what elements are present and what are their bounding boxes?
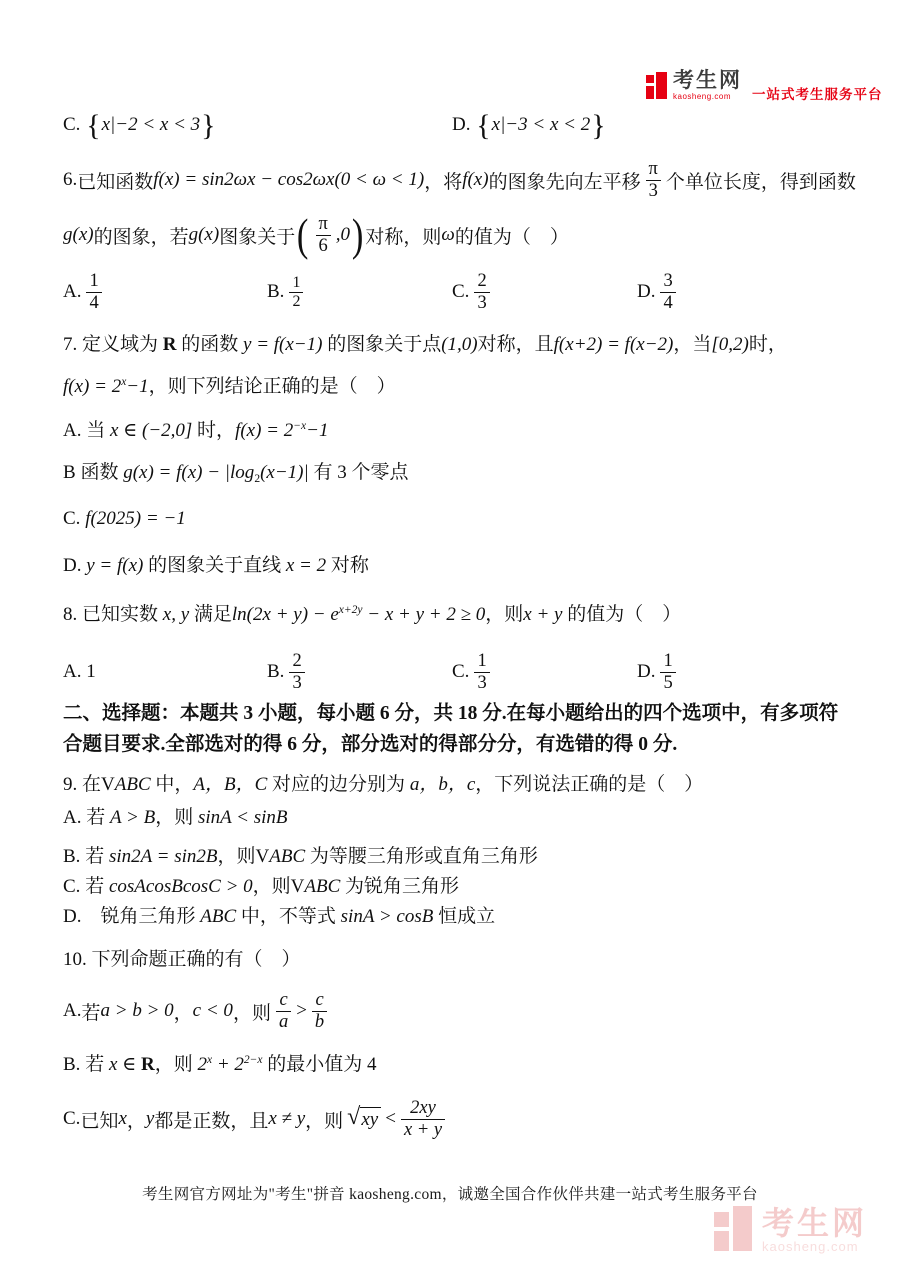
fraction: 1 4: [86, 271, 101, 313]
math-run: 2: [197, 1054, 207, 1075]
math-run: (1,0): [441, 334, 477, 355]
fraction-numerator: c: [277, 990, 289, 1010]
math-run: y = f(x−1): [243, 334, 322, 355]
math-run: A > B: [110, 807, 155, 828]
fraction-numerator: c: [313, 990, 325, 1010]
math-run: f(x) = 2: [235, 420, 293, 441]
q6-option-b: B. 1 2: [267, 266, 308, 318]
text-run: 若: [81, 807, 110, 828]
q9-option-a: A. 若 A > B，则 sinA < sinB: [63, 803, 288, 833]
section-2-heading: 二、选择题：本题共 3 小题，每小题 6 分，共 18 分.在每小题给出的四个选…: [63, 698, 846, 760]
q9-option-d: D. 锐角三角形 ABC 中，不等式 sinA > cosB 恒成立: [63, 902, 495, 932]
text-run: 已知函数: [77, 167, 153, 194]
text-run: ，则: [485, 604, 523, 625]
text-run: 对称: [326, 555, 369, 576]
text-run: ，则: [253, 876, 291, 897]
fraction-denominator: b: [312, 1011, 327, 1032]
question-9-line: 9. 在VABC 中，A，B，C 对应的边分别为 a，b，c，下列说法正确的是（…: [63, 770, 703, 800]
text-run: 的函数: [177, 334, 244, 355]
fraction: π 3: [646, 159, 661, 201]
fraction: c a: [276, 990, 291, 1032]
option-label: A.: [63, 807, 81, 828]
right-paren: ): [352, 212, 363, 258]
math-run: − x + y + 2 ≥ 0: [363, 604, 486, 625]
math-run: a > b > 0: [101, 1000, 174, 1022]
q9-option-c: C. 若 cosAcosBcosC > 0，则VABC 为锐角三角形: [63, 872, 459, 902]
text-run: 当: [81, 420, 110, 441]
question-10-line: 10. 下列命题正确的有（ ）: [63, 945, 301, 975]
option-label: B: [63, 462, 76, 483]
question-6-line-1: 6. 已知函数 f(x) = sin2ωx − cos2ωx(0 < ω < 1…: [63, 150, 856, 210]
fraction: 1 5: [660, 651, 675, 693]
option-label: C.: [63, 114, 80, 136]
option-label: B.: [267, 281, 284, 303]
fraction-denominator: 3: [289, 672, 304, 693]
option-label: D.: [637, 661, 655, 683]
math-run: ABC: [115, 774, 151, 795]
question-number: 7.: [63, 334, 77, 355]
q10-option-b: B. 若 x ∈ R，则 2x + 22−x 的最小值为 4: [63, 1050, 377, 1082]
square-root: √ xy: [347, 1107, 381, 1131]
left-brace: {: [475, 111, 491, 141]
kaosheng-logo: 考生网 kaosheng.com 一站式考生服务平台: [646, 70, 883, 103]
text-run: 中，不等式: [236, 906, 341, 927]
logo-text-col: 考生网 kaosheng.com: [673, 70, 742, 101]
q6-option-d: D. 3 4: [637, 266, 681, 318]
fraction: 1 3: [474, 651, 489, 693]
text-run: ，则: [155, 807, 198, 828]
question-8-line: 8. 已知实数 x, y 满足ln(2x + y) − ex+2y − x + …: [63, 600, 681, 632]
superscript: x: [121, 376, 126, 388]
watermark-domain: kaosheng.com: [762, 1240, 867, 1254]
triangle-symbol: V: [291, 876, 305, 897]
fraction-numerator: π: [317, 214, 330, 234]
option-label: A.: [63, 420, 81, 441]
text-run: 若: [80, 876, 109, 897]
text-run: ，则: [233, 998, 271, 1025]
math-run: sinA < sinB: [198, 807, 288, 828]
radical-sign: √: [347, 1105, 360, 1129]
fraction-denominator: 6: [316, 235, 331, 256]
fraction-denominator: 5: [660, 672, 675, 693]
text-run: ，当: [673, 334, 711, 355]
logo-block: [646, 75, 654, 83]
text-run: 锐角三角形: [81, 906, 200, 927]
math-run: f(x) = sin2ωx − cos2ωx(0 < ω < 1): [153, 169, 424, 191]
question-7-line-1: 7. 定义域为 R 的函数 y = f(x−1) 的图象关于点(1,0)对称，且…: [63, 330, 787, 360]
q7-option-c: C. f(2025) = −1: [63, 504, 186, 534]
fraction: c b: [312, 990, 327, 1032]
option-label: D.: [637, 281, 655, 303]
fraction-numerator: 1: [290, 274, 302, 292]
fraction: π 6: [316, 214, 331, 256]
text-run: 已知实数: [77, 604, 163, 625]
logo-block: [646, 86, 654, 99]
text-run: 对称，且: [478, 334, 554, 355]
q8-option-c: C. 1 3: [452, 646, 495, 698]
watermark-block: [714, 1231, 729, 1251]
math-run: −1: [306, 420, 328, 441]
math-run: y: [146, 1108, 154, 1130]
fraction-numerator: 3: [661, 271, 674, 291]
math-run: x + y: [523, 604, 562, 625]
watermark-name: 考生网: [762, 1206, 867, 1240]
text-run: 对称，则: [365, 222, 441, 249]
text-run: ，则: [155, 1054, 198, 1075]
text-run: 的图象，若: [94, 222, 189, 249]
text-run: 下列命题正确的有（ ）: [87, 949, 301, 970]
text-run: 个单位长度，得到函数: [666, 167, 856, 194]
q8-option-d: D. 1 5: [637, 646, 681, 698]
math-run: g(x) = f(x) − |log: [123, 462, 254, 483]
option-label: D.: [63, 555, 81, 576]
text-run: 时，: [192, 420, 235, 441]
fraction-denominator: a: [276, 1011, 291, 1032]
q10-option-a: A. 若 a > b > 0 ， c < 0 ，则 c a > c b: [63, 983, 332, 1039]
math-run: [0,2): [711, 334, 748, 355]
math-run: g(x): [63, 224, 94, 246]
text-run: 对应的边分别为: [267, 774, 410, 795]
text-run: 已知: [80, 1106, 118, 1133]
text-run: 的值为（ ）: [562, 604, 681, 625]
math-run: x|−2 < x < 3: [102, 114, 201, 136]
fraction-numerator: 1: [87, 271, 100, 291]
math-run: ω: [441, 224, 454, 246]
q9-option-b: B. 若 sin2A = sin2B，则VABC 为等腰三角形或直角三角形: [63, 842, 538, 872]
fraction-numerator: 1: [661, 651, 674, 671]
logo-tagline: 一站式考生服务平台: [752, 83, 883, 103]
q6-option-a: A. 1 4: [63, 266, 107, 318]
text-run: 时，: [749, 334, 787, 355]
fraction: 2 3: [474, 271, 489, 313]
fraction: 2 3: [289, 651, 304, 693]
text-run: 的图象关于点: [322, 334, 441, 355]
math-run: ABC: [200, 906, 236, 927]
watermark-block: [733, 1206, 752, 1251]
math-run: + 2: [212, 1054, 244, 1075]
left-brace: {: [85, 111, 101, 141]
math-run: f(x) = 2: [63, 376, 121, 397]
math-run: −1: [126, 376, 148, 397]
exam-page: 考生网 kaosheng.com 一站式考生服务平台 C. { x|−2 < x…: [0, 0, 900, 1273]
fraction-denominator: 4: [660, 292, 675, 313]
subscript: 2: [254, 473, 260, 485]
kaosheng-watermark-icon: [714, 1206, 756, 1254]
math-run: A，B，C: [193, 774, 267, 795]
triangle-symbol: V: [101, 774, 115, 795]
math-run: c < 0: [193, 1000, 233, 1022]
q10-option-c: C. 已知 x ， y 都是正数，且 x ≠ y ，则 √ xy < 2xy x…: [63, 1088, 450, 1150]
superscript: 2−x: [244, 1054, 263, 1066]
text-run: 有 3 个零点: [309, 462, 409, 483]
superscript: x: [207, 1054, 212, 1066]
logo-domain: kaosheng.com: [673, 92, 742, 101]
question-number: 8.: [63, 604, 77, 625]
fraction-numerator: π: [647, 159, 660, 179]
math-run: x, y: [163, 604, 189, 625]
left-paren: (: [297, 212, 308, 258]
question-number: 10.: [63, 949, 87, 970]
kaosheng-watermark: 考生网 kaosheng.com: [714, 1206, 867, 1254]
text-run: 的图象关于直线: [143, 555, 286, 576]
text-run: 中，: [151, 774, 194, 795]
text-run: 都是正数，且: [154, 1106, 268, 1133]
text-run: 满足: [189, 604, 232, 625]
math-run: x ≠ y: [268, 1108, 305, 1130]
fraction: 3 4: [660, 271, 675, 313]
q5-option-d: D. { x|−3 < x < 2 }: [452, 106, 607, 144]
q8-option-b: B. 2 3: [267, 646, 310, 698]
option-label: C.: [452, 661, 469, 683]
math-run: ln(2x + y) − e: [232, 604, 339, 625]
question-7-line-2: f(x) = 2x−1，则下列结论正确的是（ ）: [63, 372, 396, 404]
fraction-numerator: 2: [475, 271, 488, 291]
option-label: B.: [63, 1054, 80, 1075]
kaosheng-logo-icon: [646, 72, 670, 102]
math-run: a，b，c: [410, 774, 475, 795]
math-run: y = f(x): [86, 555, 143, 576]
option-label: D.: [452, 114, 470, 136]
watermark-block: [714, 1212, 729, 1227]
option-label: C.: [63, 508, 80, 529]
math-run: f(2025) = −1: [85, 508, 186, 529]
q7-option-d: D. y = f(x) 的图象关于直线 x = 2 对称: [63, 551, 369, 581]
math-run: (x−1)|: [260, 462, 309, 483]
option-label: C.: [63, 876, 80, 897]
text-run: ，则: [305, 1106, 343, 1133]
option-label: B.: [63, 846, 80, 867]
right-brace: }: [590, 111, 606, 141]
math-run: cosAcosBcosC > 0: [109, 876, 253, 897]
math-run: f(x+2) = f(x−2): [554, 334, 674, 355]
option-label: A.: [63, 281, 81, 303]
text-run: 若: [81, 998, 100, 1025]
fraction-denominator: 3: [474, 292, 489, 313]
fraction-numerator: 2: [290, 651, 303, 671]
text-run: 的图象先向左平移: [489, 167, 641, 194]
text-run: 为锐角三角形: [340, 876, 459, 897]
q8-option-a: A. 1: [63, 646, 96, 698]
text-run: 在: [77, 774, 101, 795]
text-run: ，: [174, 998, 193, 1025]
option-label: A.: [63, 661, 81, 683]
math-run: R: [163, 334, 177, 355]
math-run: sinA > cosB: [341, 906, 434, 927]
fraction-numerator: 2xy: [408, 1098, 438, 1118]
relation-symbol: <: [385, 1108, 396, 1130]
text-run: ，则: [218, 846, 256, 867]
superscript: −x: [293, 420, 306, 432]
fraction-denominator: 3: [474, 672, 489, 693]
text-run: ，下列说法正确的是（ ）: [475, 774, 703, 795]
text-run: 函数: [76, 462, 124, 483]
math-run: sin2A = sin2B: [109, 846, 218, 867]
logo-name: 考生网: [673, 70, 742, 92]
option-label: B.: [267, 661, 284, 683]
relation-symbol: >: [296, 1000, 307, 1022]
text-run: 图象关于: [219, 222, 295, 249]
text-run: 若: [80, 1054, 109, 1075]
math-run: ,0: [336, 224, 350, 246]
option-value: 1: [86, 661, 96, 683]
option-label: C.: [452, 281, 469, 303]
option-label: C.: [63, 1108, 80, 1130]
question-number: 6.: [63, 169, 77, 191]
superscript: x+2y: [339, 604, 363, 616]
text-run: ，则下列结论正确的是（ ）: [149, 376, 396, 397]
option-label: A.: [63, 1000, 81, 1022]
fraction-denominator: x + y: [401, 1119, 445, 1140]
fraction-denominator: 4: [86, 292, 101, 313]
text-run: ，: [127, 1106, 146, 1133]
radicand: xy: [360, 1107, 381, 1131]
math-run: ABC: [269, 846, 305, 867]
text-run: 为等腰三角形或直角三角形: [305, 846, 538, 867]
text-run: 的值为（ ）: [455, 222, 569, 249]
math-run: x|−3 < x < 2: [492, 114, 591, 136]
math-run: x: [118, 1108, 126, 1130]
q5-option-c: C. { x|−2 < x < 3 }: [63, 106, 217, 144]
text-run: 的最小值为 4: [263, 1054, 377, 1075]
math-run: ABC: [304, 876, 340, 897]
text-run: ，将: [424, 167, 462, 194]
fraction: 2xy x + y: [401, 1098, 445, 1140]
fraction: 1 2: [289, 274, 303, 310]
footer-text: 考生网官方网址为"考生"拼音 kaosheng.com，诚邀全国合作伙伴共建一站…: [0, 1182, 900, 1204]
fraction-denominator: 2: [289, 292, 303, 311]
triangle-symbol: V: [256, 846, 270, 867]
q6-option-c: C. 2 3: [452, 266, 495, 318]
question-number: 9.: [63, 774, 77, 795]
text-run: 恒成立: [433, 906, 495, 927]
q7-option-a: A. 当 x ∈ (−2,0] 时，f(x) = 2−x−1: [63, 416, 328, 448]
question-6-line-2: g(x) 的图象，若 g(x) 图象关于 ( π 6 ,0 ) 对称，则 ω 的…: [63, 203, 569, 267]
logo-block: [656, 72, 667, 99]
fraction-numerator: 1: [475, 651, 488, 671]
math-run: R: [141, 1054, 155, 1075]
text-run: 定义域为: [77, 334, 163, 355]
math-run: x ∈ (−2,0]: [110, 420, 192, 441]
q7-option-b: B 函数 g(x) = f(x) − |log2(x−1)| 有 3 个零点: [63, 458, 408, 490]
math-run: x ∈: [109, 1054, 141, 1075]
option-label: D.: [63, 906, 81, 927]
text-run: 若: [80, 846, 109, 867]
math-run: g(x): [189, 224, 220, 246]
watermark-text-col: 考生网 kaosheng.com: [762, 1206, 867, 1254]
right-brace: }: [200, 111, 216, 141]
math-run: x = 2: [286, 555, 326, 576]
math-run: f(x): [462, 169, 488, 191]
fraction-denominator: 3: [646, 180, 661, 201]
